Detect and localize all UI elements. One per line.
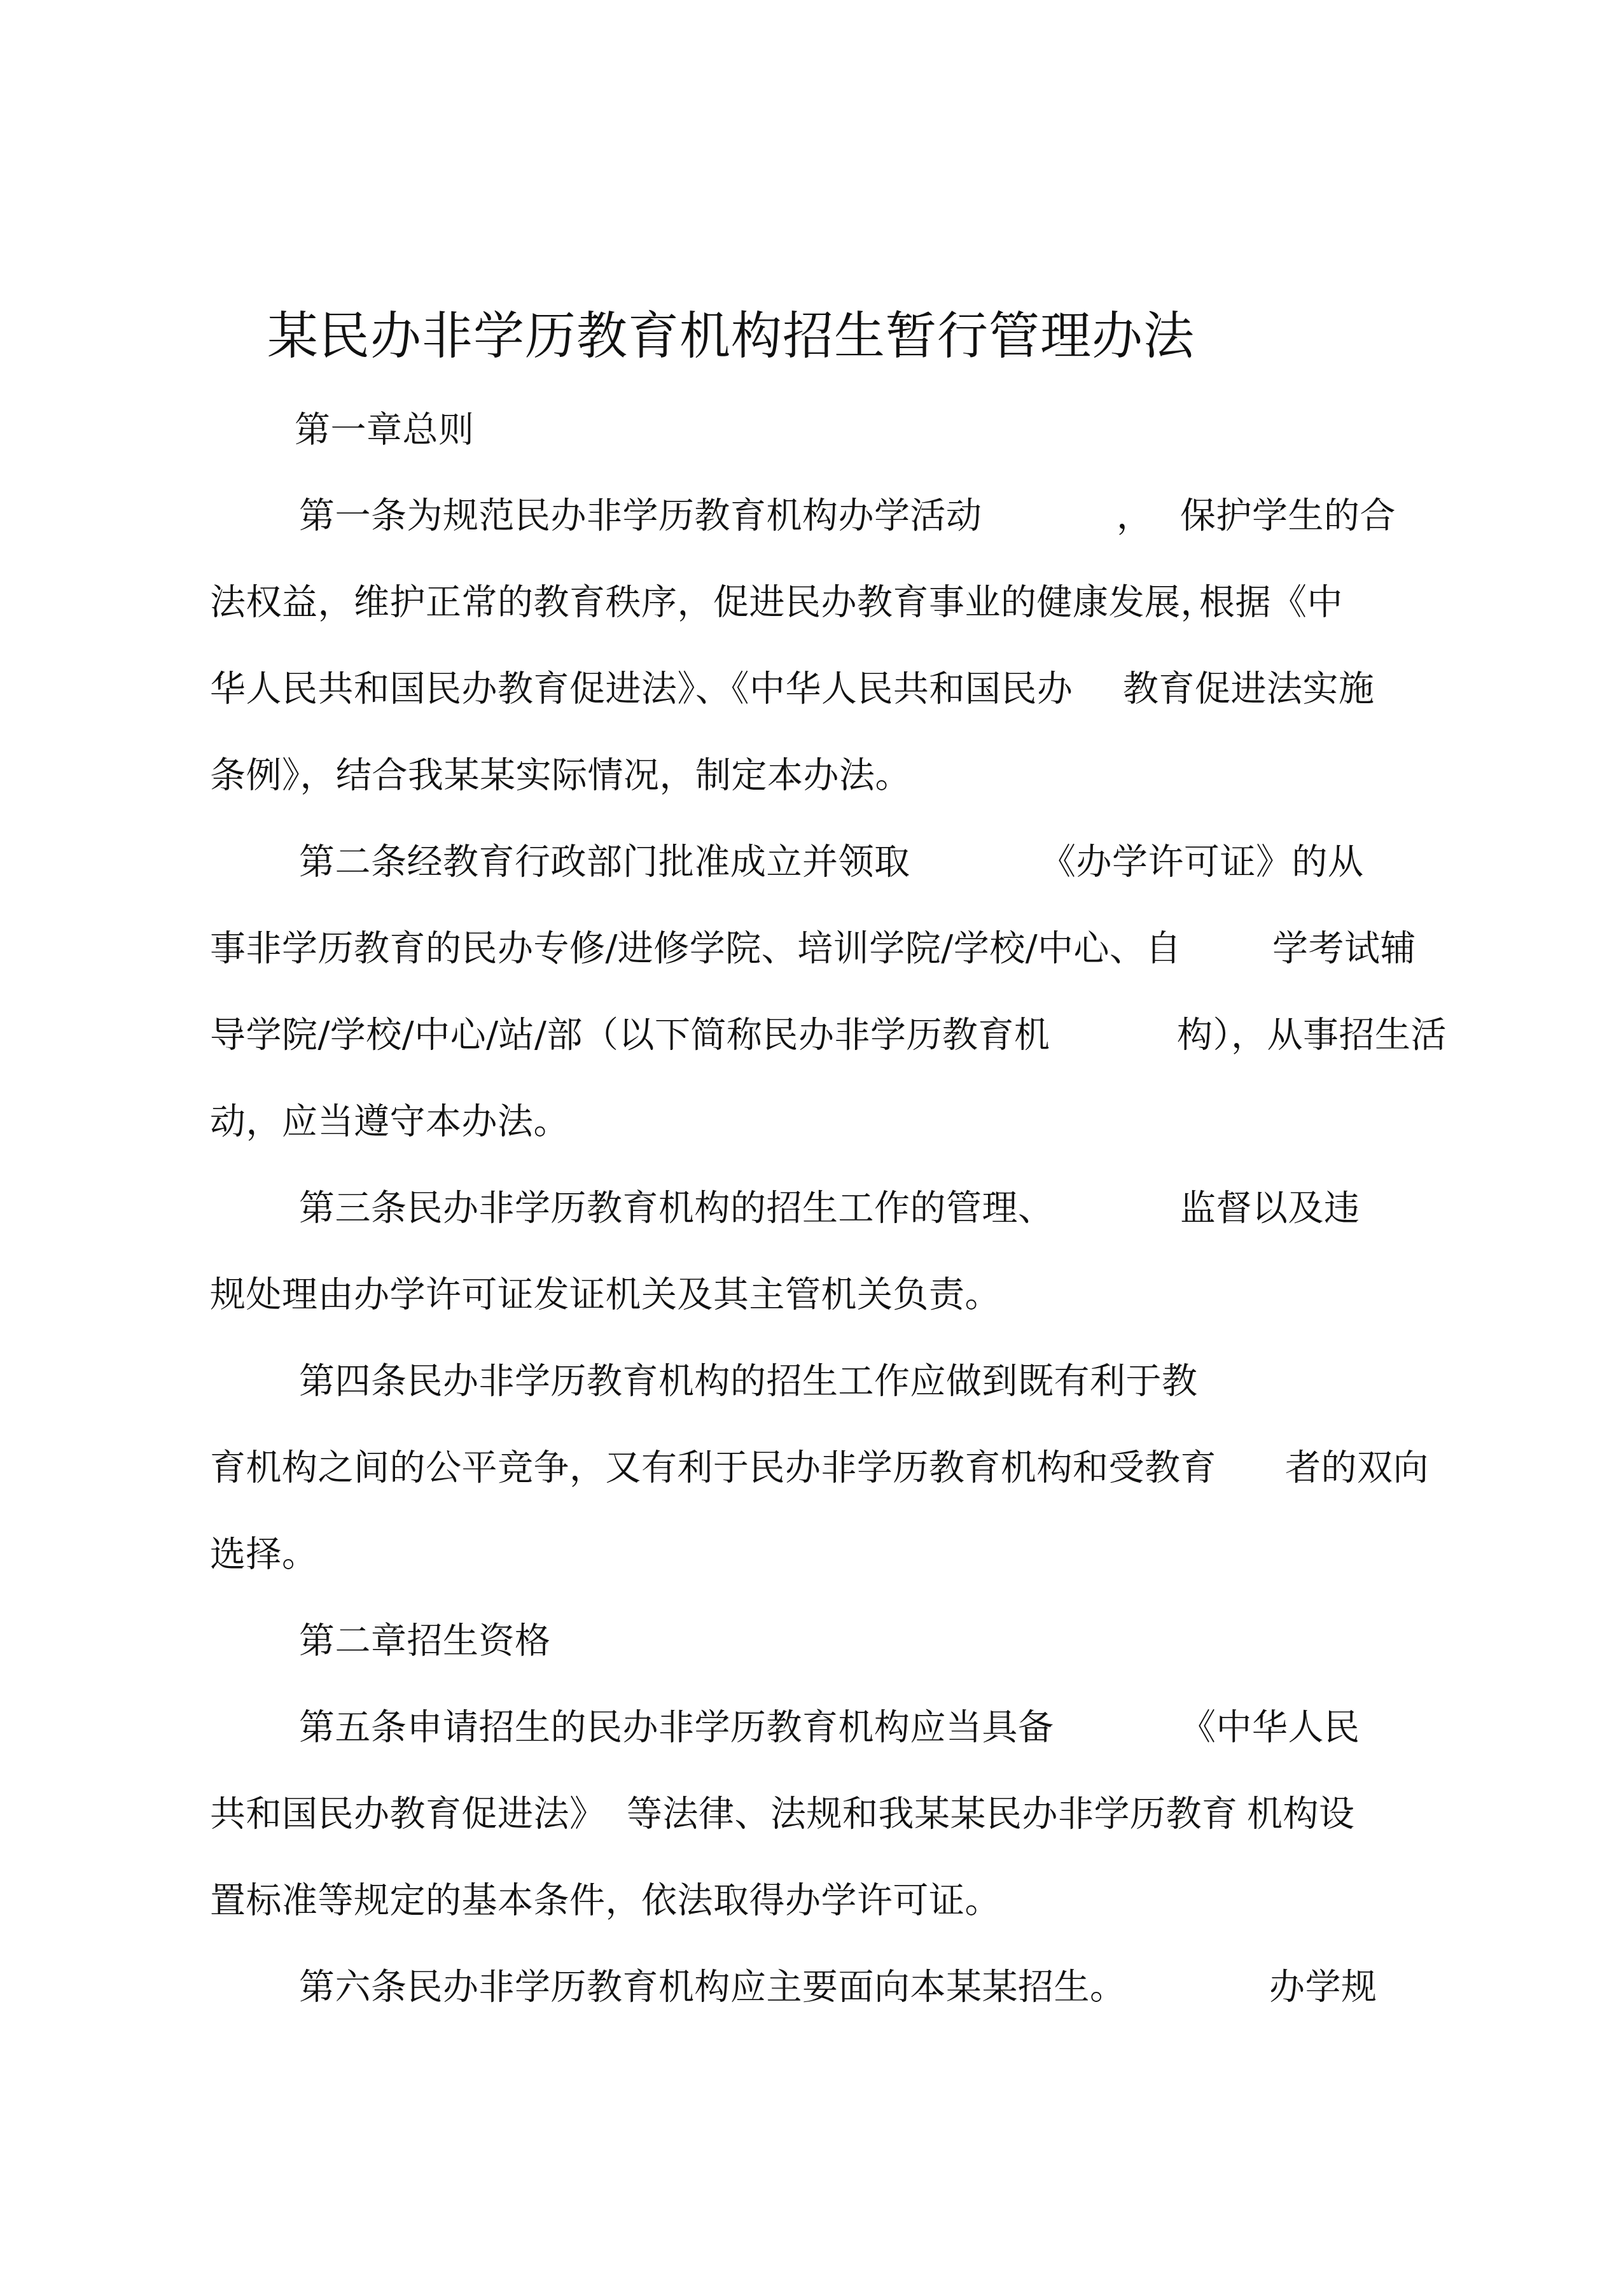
document-title: 某民办非学历教育机构招生暂行管理办法 bbox=[267, 304, 1195, 368]
text-segment: 育机构之间的公平竞争，又有利于民办非学历教育机构和受教育 bbox=[210, 1446, 1216, 1490]
text-segment: 华人民共和国民办教育促进法》、《中华人民共和国民办 bbox=[210, 667, 1073, 711]
text-segment: 者的双向 bbox=[1285, 1446, 1429, 1490]
text-segment: 第二条经教育行政部门批准成立并领取 bbox=[299, 840, 910, 885]
text-segment: 导学院/学校/中心/站/部（以下简称民办非学历教育机 bbox=[210, 1013, 1050, 1058]
text-segment: 监督以及违 bbox=[1180, 1186, 1360, 1231]
text-segment: 法权益，维护正常的教育秩序，促进民办教育事业的健康发展， bbox=[210, 580, 1216, 625]
text-segment: 第三条民办非学历教育机构的招生工作的管理、 bbox=[299, 1186, 1054, 1231]
text-segment: ， bbox=[1117, 494, 1153, 538]
text-segment: 构），从事招生活 bbox=[1177, 1013, 1447, 1058]
text-segment: 事非学历教育的民办专修/进修学院、培训学院/学校/中心、自 bbox=[210, 927, 1181, 971]
text-segment: 第五条申请招生的民办非学历教育机构应当具备 bbox=[299, 1705, 1054, 1750]
text-segment: 规处理由办学许可证发证机关及其主管机关负责。 bbox=[210, 1273, 1001, 1317]
text-segment: 学考试辅 bbox=[1272, 927, 1416, 971]
text-segment: 机构设 bbox=[1247, 1792, 1355, 1837]
text-segment: 根据《中 bbox=[1199, 580, 1343, 625]
text-segment: 第一章总则 bbox=[295, 408, 475, 452]
text-segment: 第一条为规范民办非学历教育机构办学活动 bbox=[299, 494, 982, 538]
document-page: 某民办非学历教育机构招生暂行管理办法 第一章总则第一条为规范民办非学历教育机构办… bbox=[0, 0, 1621, 2296]
text-segment: 第四条民办非学历教育机构的招生工作应做到既有利于教 bbox=[299, 1359, 1198, 1404]
text-segment: 置标准等规定的基本条件，依法取得办学许可证。 bbox=[210, 1879, 1001, 1923]
text-segment: 动，应当遵守本办法。 bbox=[210, 1100, 569, 1144]
text-segment: 《中华人民 bbox=[1180, 1705, 1360, 1750]
text-segment: 教育促进法实施 bbox=[1123, 667, 1375, 711]
text-segment: 保护学生的合 bbox=[1180, 494, 1396, 538]
text-segment: 办学规 bbox=[1269, 1965, 1377, 2010]
text-segment: 条例》，结合我某某实际情况，制定本办法。 bbox=[210, 753, 911, 798]
text-segment: 选择。 bbox=[210, 1532, 318, 1577]
text-segment: 第二章招生资格 bbox=[299, 1619, 551, 1663]
text-segment: 等法律、法规和我某某民办非学历教育 bbox=[627, 1792, 1238, 1837]
text-segment: 共和国民办教育促进法》 bbox=[210, 1792, 606, 1837]
text-segment: 《办学许可证》的从 bbox=[1040, 840, 1364, 885]
text-segment: 第六条民办非学历教育机构应主要面向本某某招生。 bbox=[299, 1965, 1126, 2010]
